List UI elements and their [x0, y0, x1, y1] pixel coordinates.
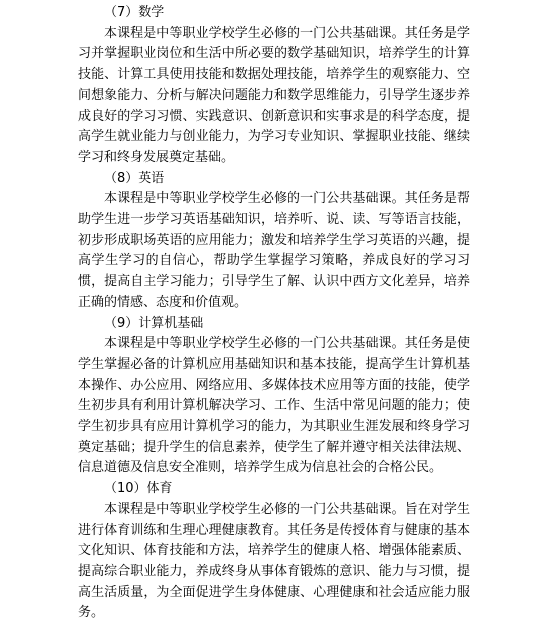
document-page: （7）数学 本课程是中等职业学校学生必修的一门公共基础课。其任务是学习并掌握职业… [0, 0, 549, 624]
section-heading-physical-education: （10）体育 [78, 479, 470, 500]
section-body-computer-basics: 本课程是中等职业学校学生必修的一门公共基础课。其任务是使学生掌握必备的计算机应用… [78, 334, 470, 479]
course-section-math: （7）数学 本课程是中等职业学校学生必修的一门公共基础课。其任务是学习并掌握职业… [78, 3, 470, 169]
course-section-physical-education: （10）体育 本课程是中等职业学校学生必修的一门公共基础课。旨在对学生进行体育训… [78, 479, 470, 624]
course-section-computer-basics: （9）计算机基础 本课程是中等职业学校学生必修的一门公共基础课。其任务是使学生掌… [78, 314, 470, 480]
section-body-physical-education: 本课程是中等职业学校学生必修的一门公共基础课。旨在对学生进行体育训练和生理心理健… [78, 500, 470, 624]
section-heading-computer-basics: （9）计算机基础 [78, 314, 470, 335]
section-body-math: 本课程是中等职业学校学生必修的一门公共基础课。其任务是学习并掌握职业岗位和生活中… [78, 24, 470, 169]
section-heading-math: （7）数学 [78, 3, 470, 24]
section-heading-english: （8）英语 [78, 169, 470, 190]
course-section-english: （8）英语 本课程是中等职业学校学生必修的一门公共基础课。其任务是帮助学生进一步… [78, 169, 470, 314]
section-body-english: 本课程是中等职业学校学生必修的一门公共基础课。其任务是帮助学生进一步学习英语基础… [78, 189, 470, 313]
